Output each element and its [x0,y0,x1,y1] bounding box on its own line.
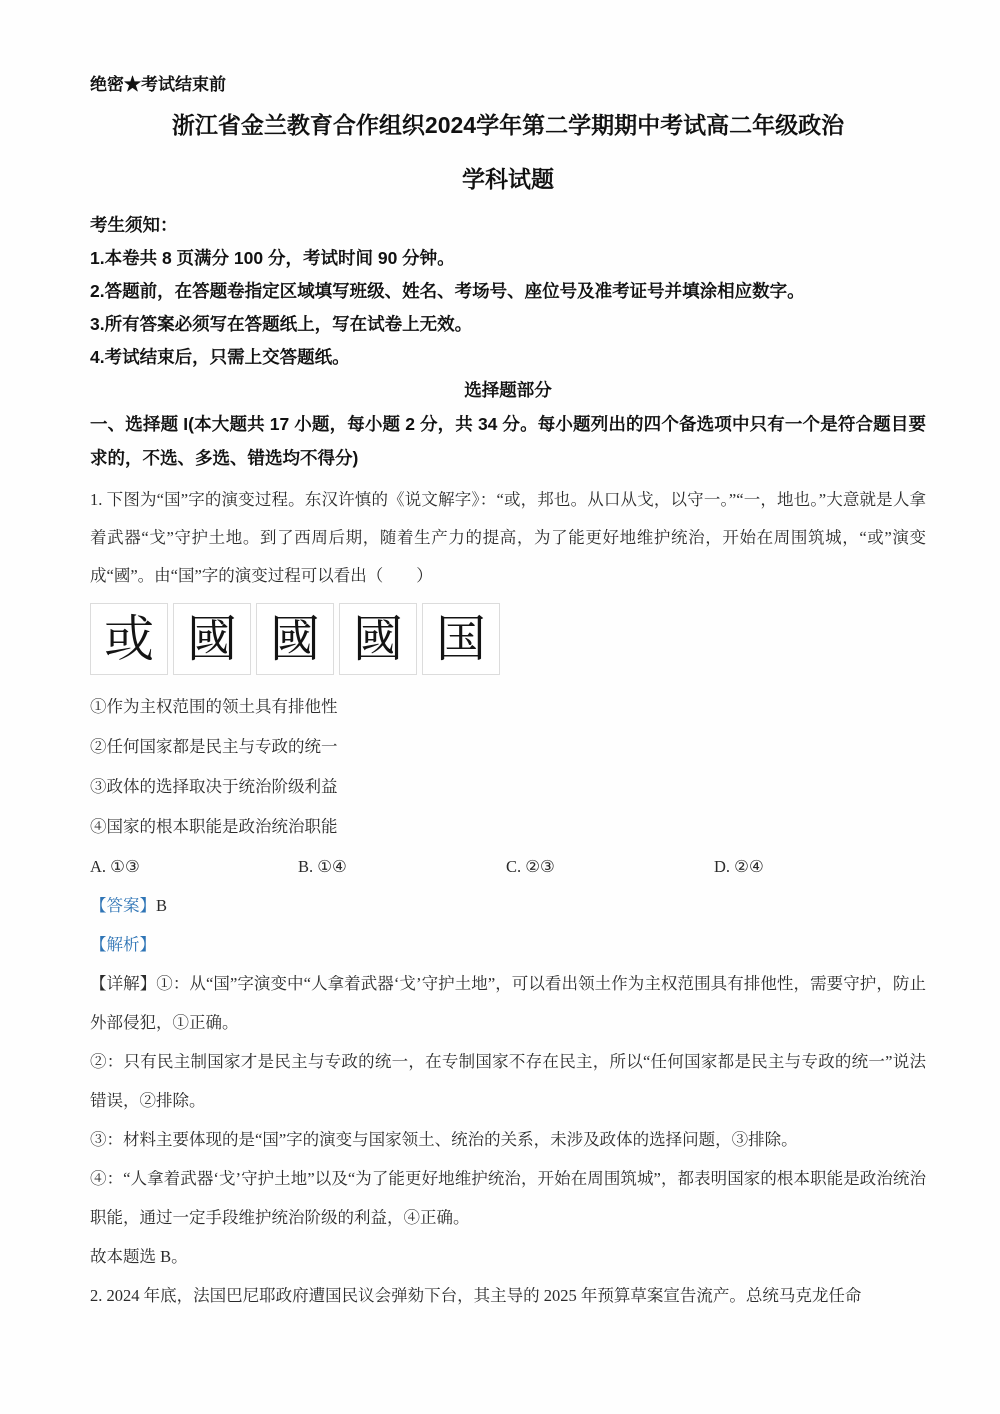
statement-3: ③政体的选择取决于统治阶级利益 [90,767,926,807]
notice-item-1: 1.本卷共 8 页满分 100 分，考试时间 90 分钟。 [90,242,926,275]
character-evolution-figure: 或 國 國 國 国 [90,603,926,675]
question-1-statements: ①作为主权范围的领土具有排他性 ②任何国家都是民主与专政的统一 ③政体的选择取决… [90,687,926,847]
page-content: 绝密★考试结束前 浙江省金兰教育合作组织2024学年第二学期期中考试高二年级政治… [0,0,1000,1315]
glyph-box-seal: 國 [256,603,334,675]
question-2-stem: 2. 2024 年底，法国巴尼耶政府遭国民议会弹劾下台，其主导的 2025 年预… [90,1276,926,1315]
conclusion-line: 故本题选 B。 [90,1237,926,1276]
answer-value: B [156,896,167,915]
classification-banner: 绝密★考试结束前 [90,70,926,95]
detail-paragraph-2: ②：只有民主制国家才是民主与专政的统一，在专制国家不存在民主，所以“任何国家都是… [90,1042,926,1120]
question-2: 2. 2024 年底，法国巴尼耶政府遭国民议会弹劾下台，其主导的 2025 年预… [90,1276,926,1315]
glyph-box-simplified: 国 [422,603,500,675]
detail-text-1: ①：从“国”字演变中“人拿着武器‘戈’守护土地”，可以看出领土作为主权范围具有排… [90,974,926,1032]
glyph-oracle: 或 [104,614,154,664]
question-1-answer-block: 【答案】B 【解析】 【详解】①：从“国”字演变中“人拿着武器‘戈’守护土地”，… [90,886,926,1276]
glyph-seal: 國 [270,614,320,664]
glyph-traditional: 國 [353,614,403,664]
statement-4: ④国家的根本职能是政治统治职能 [90,807,926,847]
section-intro: 一、选择题 I(本大题共 17 小题，每小题 2 分，共 34 分。每小题列出的… [90,407,926,475]
question-1-choices: A. ①③ B. ①④ C. ②③ D. ②④ [90,847,926,886]
candidate-notice: 考生须知： 1.本卷共 8 页满分 100 分，考试时间 90 分钟。 2.答题… [90,209,926,374]
glyph-simplified: 国 [436,614,486,664]
choice-c: C. ②③ [506,847,714,886]
question-1: 1. 下图为“国”字的演变过程。东汉许慎的《说文解字》：“或，邦也。从口从戈，以… [90,481,926,1276]
exam-title-line1: 浙江省金兰教育合作组织2024学年第二学期期中考试高二年级政治 [90,109,926,141]
glyph-box-traditional: 國 [339,603,417,675]
statement-2: ②任何国家都是民主与专政的统一 [90,727,926,767]
notice-heading: 考生须知： [90,209,926,242]
exam-document-page: 绝密★考试结束前 浙江省金兰教育合作组织2024学年第二学期期中考试高二年级政治… [0,0,1000,1414]
detail-paragraph-3: ③：材料主要体现的是“国”字的演变与国家领土、统治的关系，未涉及政体的选择问题，… [90,1120,926,1159]
choice-d: D. ②④ [714,847,922,886]
detail-paragraph-1: 【详解】①：从“国”字演变中“人拿着武器‘戈’守护土地”，可以看出领土作为主权范… [90,964,926,1042]
answer-label: 【答案】 [90,896,156,915]
section-heading: 选择题部分 [90,374,926,407]
glyph-box-oracle: 或 [90,603,168,675]
question-1-stem: 1. 下图为“国”字的演变过程。东汉许慎的《说文解字》：“或，邦也。从口从戈，以… [90,481,926,595]
detail-paragraph-4: ④：“人拿着武器‘戈’守护土地”以及“为了能更好地维护统治，开始在周围筑城”，都… [90,1159,926,1237]
statement-1: ①作为主权范围的领土具有排他性 [90,687,926,727]
analysis-line: 【解析】 [90,925,926,964]
detail-label: 【详解】 [90,974,156,993]
glyph-bronze: 國 [187,614,237,664]
notice-item-3: 3.所有答案必须写在答题纸上，写在试卷上无效。 [90,308,926,341]
glyph-box-bronze: 國 [173,603,251,675]
notice-item-2: 2.答题前，在答题卷指定区域填写班级、姓名、考场号、座位号及准考证号并填涂相应数… [90,275,926,308]
exam-title-line2: 学科试题 [90,163,926,195]
choice-b: B. ①④ [298,847,506,886]
notice-item-4: 4.考试结束后，只需上交答题纸。 [90,341,926,374]
analysis-label: 【解析】 [90,935,156,954]
answer-line: 【答案】B [90,886,926,925]
choice-a: A. ①③ [90,847,298,886]
